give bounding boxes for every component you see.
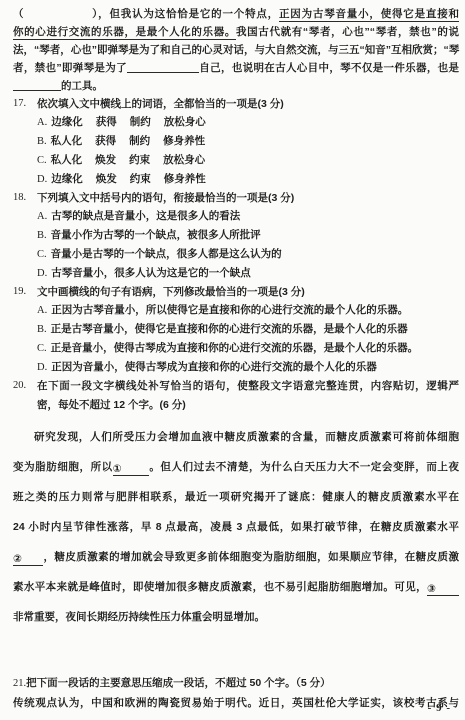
intro-text: 的工具。: [61, 80, 103, 92]
option-text: 古琴音量小，很多人认为这是它的一个缺点: [51, 267, 251, 279]
fill-blank-1: ①: [113, 462, 149, 476]
option-text: 音量小作为古琴的一个缺点，被很多人所批评: [51, 229, 261, 241]
option-word: 边缘化: [51, 116, 83, 128]
page-number: - 9 -: [428, 702, 451, 714]
option-label: B.: [37, 324, 47, 335]
option-word: 约束: [129, 154, 150, 166]
question-17-stem-row: 17. 依次填入文中横线上的词语，全都恰当的一项是(3 分): [13, 95, 459, 113]
option-label: D.: [37, 362, 47, 373]
q18-option-b: B.音量小作为古琴的一个缺点，被很多人所批评: [13, 226, 459, 245]
question-stem: 下列填入文中括号内的语句，衔接最恰当的一项是(3 分): [37, 189, 459, 207]
passage-line-5: ②，糖皮质激素的增加就会导致更多前体细胞变为脂肪细胞，如果顺应节律，在糖皮质激: [13, 542, 459, 572]
intro-line-1: （ ），但我认为这恰恰是它的一个特点，正因为古琴音量小，使得它是直接和: [13, 5, 459, 23]
question-17: 17. 依次填入文中横线上的词语，全都恰当的一项是(3 分) A.边缘化获得制约…: [13, 95, 459, 189]
passage-text: 素水平本来就是峰值时，即使增加很多糖皮质激素，也不易引起脂肪细胞增加。可见，: [13, 581, 427, 593]
q19-option-b: B.正是古琴音量小，使得它是直接和你的心进行交流的乐器，是最个人化的乐器: [13, 320, 459, 339]
question-number: 19.: [13, 283, 37, 301]
option-word: 获得: [96, 116, 117, 128]
question-stem: 文中画横线的句子有语病，下列修改最恰当的一项是(3 分): [37, 283, 459, 301]
question-19-stem-row: 19. 文中画横线的句子有语病，下列修改最恰当的一项是(3 分): [13, 283, 459, 301]
q19-option-c: C.正是音量小，使得古琴成为直接和你的心进行交流的乐器，是最个人化的乐器。: [13, 339, 459, 358]
option-word: 放松身心: [163, 154, 205, 166]
passage-line-1: 研究发现，人们所受压力会增加血液中糖皮质激素的含量，而糖皮质激素可将前体细胞: [13, 422, 459, 452]
intro-paragraph: （ ），但我认为这恰恰是它的一个特点，正因为古琴音量小，使得它是直接和 你的心进…: [13, 5, 459, 95]
fill-blank-line: [127, 59, 199, 73]
question-number: 20.: [13, 377, 37, 395]
underlined-sentence-part-1: 正因为古琴音量小，使得它是直接和: [279, 8, 459, 22]
passage-text: ，糖皮质激素的增加就会导致更多前体细胞变为脂肪细胞，如果顺应节律，在糖皮质激: [43, 551, 459, 563]
q17-option-d: D.边缘化焕发约束修身养性: [13, 170, 459, 189]
option-label: B.: [37, 136, 47, 147]
underlined-sentence-part-2: 你的心进行交流的乐器，是最个人化的乐器。: [13, 26, 236, 40]
passage-line-2: 变为脂肪细胞，所以①。但人们过去不清楚，为什么白天压力大不一定会变胖，而上夜: [13, 452, 459, 482]
passage-line-6: 素水平本来就是峰值时，即使增加很多糖皮质激素，也不易引起脂肪细胞增加。可见，③: [13, 572, 459, 602]
fill-blank-2: ②: [13, 552, 43, 566]
q21-passage-line: 传统观点认为，中国和欧洲的陶瓷贸易始于明代。近日，英国杜伦大学证实，该校考古系与: [13, 693, 459, 713]
intro-text: 者，禁也”即弹琴是为了: [13, 62, 127, 74]
option-text: 正因为音量小，使得古琴成为直接和你的心进行交流的最个人化的乐器: [51, 361, 377, 373]
option-word: 焕发: [95, 154, 116, 166]
question-18-stem-row: 18. 下列填入文中括号内的语句，衔接最恰当的一项是(3 分): [13, 189, 459, 207]
question-number: 21.: [13, 675, 26, 693]
passage-line-4: 24 小时内呈节律性涨落，早 8 点最高，凌晨 3 点最低，如果打破节律，在糖皮…: [13, 512, 459, 542]
option-word: 制约: [129, 135, 150, 147]
option-word: 放松身心: [164, 116, 206, 128]
q17-option-b: B.私人化获得制约修身养性: [13, 132, 459, 151]
passage-line-3: 班之类的压力则常与肥胖相联系，最近一项研究揭开了谜底：健康人的糖皮质激素水平在: [13, 482, 459, 512]
option-word: 私人化: [51, 154, 83, 166]
option-word: 获得: [95, 135, 116, 147]
option-word: 边缘化: [51, 173, 83, 185]
intro-line-3: 法，“琴者，心也”即弹琴是为了和自己的心灵对话，与大自然交流，与三五“知音”互相…: [13, 41, 459, 59]
question-number: 17.: [13, 95, 37, 113]
question-stem: 把下面一段话的主要意思压缩成一段话，不超过 50 个字。（5 分）: [26, 677, 331, 689]
fill-blank-line: [13, 77, 61, 91]
option-label: A.: [37, 211, 47, 222]
question-stem-line-2: 密，每处不超过 12 个字。(6 分): [37, 396, 459, 415]
option-text: 古琴的缺点是音量小，这是很多人的看法: [51, 210, 240, 222]
option-word: 焕发: [96, 173, 117, 185]
option-word: 约束: [130, 173, 151, 185]
question-21-stem-row: 21.把下面一段话的主要意思压缩成一段话，不超过 50 个字。（5 分）: [13, 673, 459, 693]
option-word: 修身养性: [164, 173, 206, 185]
exam-page-scan: （ ），但我认为这恰恰是它的一个特点，正因为古琴音量小，使得它是直接和 你的心进…: [0, 0, 465, 720]
q19-option-a: A.正因为古琴音量小，所以使得它是直接和你的心进行交流的最个人化的乐器。: [13, 301, 459, 320]
question-number: 18.: [13, 189, 37, 207]
passage-text: 。但人们过去不清楚，为什么白天压力大不一定会变胖，而上夜: [149, 461, 459, 473]
option-word: 修身养性: [163, 135, 205, 147]
intro-line-2: 你的心进行交流的乐器，是最个人化的乐器。我国古代就有“琴者，心也”“琴者，禁也”…: [13, 23, 459, 41]
option-text: 正因为古琴音量小，所以使得它是直接和你的心进行交流的最个人化的乐器。: [51, 304, 408, 316]
question-21: 21.把下面一段话的主要意思压缩成一段话，不超过 50 个字。（5 分） 传统观…: [13, 673, 459, 713]
option-text: 正是音量小，使得古琴成为直接和你的心进行交流的乐器，是最个人化的乐器。: [51, 342, 419, 354]
q18-option-a: A.古琴的缺点是音量小，这是很多人的看法: [13, 207, 459, 226]
intro-text: 自己，也说明在古人心目中，琴不仅是一件乐器，也是: [199, 62, 459, 74]
q18-option-d: D.古琴音量小，很多人认为这是它的一个缺点: [13, 264, 459, 283]
option-label: C.: [37, 155, 47, 166]
question-20: 20. 在下面一段文字横线处补写恰当的语句，使整段文字语意完整连贯，内容贴切，逻…: [13, 377, 459, 415]
q17-option-a: A.边缘化获得制约放松身心: [13, 113, 459, 132]
intro-text: （ ），但我认为这恰恰是它的一个特点，: [13, 8, 279, 20]
option-word: 私人化: [51, 135, 83, 147]
fill-blank-3: ③: [427, 582, 459, 596]
passage-text: 变为脂肪细胞，所以: [13, 461, 113, 473]
question-stem-line-1: 在下面一段文字横线处补写恰当的语句，使整段文字语意完整连贯，内容贴切，逻辑严: [37, 377, 459, 396]
question-19: 19. 文中画横线的句子有语病，下列修改最恰当的一项是(3 分) A.正因为古琴…: [13, 283, 459, 377]
option-label: A.: [37, 117, 47, 128]
question-stem: 依次填入文中横线上的词语，全都恰当的一项是(3 分): [37, 95, 459, 113]
option-label: D.: [37, 268, 47, 279]
option-text: 音量小是古琴的一个缺点，很多人都是这么认为的: [51, 248, 282, 260]
intro-text: 我国古代就有“琴者，心也”“琴者，禁也”的说: [236, 26, 459, 38]
option-label: A.: [37, 305, 47, 316]
option-word: 制约: [130, 116, 151, 128]
q19-option-d: D.正因为音量小，使得古琴成为直接和你的心进行交流的最个人化的乐器: [13, 358, 459, 377]
option-label: D.: [37, 174, 47, 185]
passage-line-7: 非常重要，夜间长期经历持续性压力体重会明显增加。: [13, 602, 459, 632]
intro-line-5: 的工具。: [13, 77, 459, 95]
option-label: C.: [37, 343, 47, 354]
option-label: B.: [37, 230, 47, 241]
option-label: C.: [37, 249, 47, 260]
q20-passage: 研究发现，人们所受压力会增加血液中糖皮质激素的含量，而糖皮质激素可将前体细胞 变…: [13, 422, 459, 632]
intro-line-4: 者，禁也”即弹琴是为了自己，也说明在古人心目中，琴不仅是一件乐器，也是: [13, 59, 459, 77]
option-text: 正是古琴音量小，使得它是直接和你的心进行交流的乐器，是最个人化的乐器: [51, 323, 408, 335]
intro-text: 法，“琴者，心也”即弹琴是为了和自己的心灵对话，与大自然交流，与三五“知音”互相…: [13, 44, 459, 56]
q18-option-c: C.音量小是古琴的一个缺点，很多人都是这么认为的: [13, 245, 459, 264]
q17-option-c: C.私人化焕发约束放松身心: [13, 151, 459, 170]
question-18: 18. 下列填入文中括号内的语句，衔接最恰当的一项是(3 分) A.古琴的缺点是…: [13, 189, 459, 283]
